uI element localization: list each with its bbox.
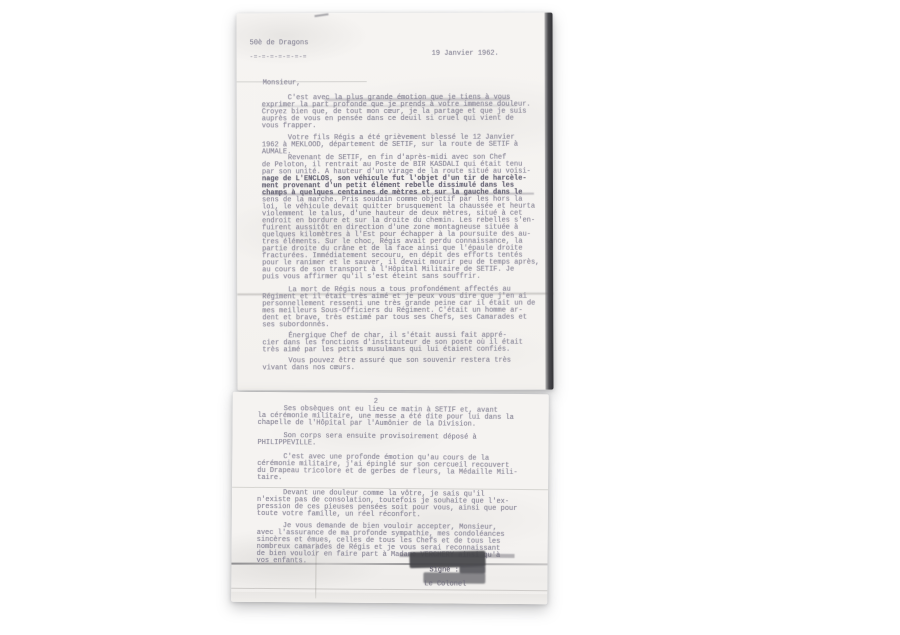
paper-stain (231, 592, 547, 604)
fold-crease (315, 542, 316, 598)
scan-edge-shadow (545, 13, 554, 390)
sender-unit-line: 50è de Dragons (250, 40, 309, 47)
signature-title: Le Colonel (424, 581, 466, 588)
ink-smudge (325, 98, 510, 101)
paragraph-medal: C'est avec une profonde émotion qu'au co… (257, 454, 543, 484)
paragraph-closing: Je vous demande de bien vouloir accepter… (256, 523, 542, 567)
paragraph-ambush-account-1: Revenant de SETIF, en fin d'après-midi a… (262, 155, 548, 177)
paragraph-body-deposit: Son corps sera ensuite provisoirement dé… (257, 433, 543, 449)
letter-page-2: 2 Ses obsèques ont eu lieu ce matin à SE… (231, 392, 549, 604)
scanned-letter-viewer: 50è de Dragons -=-=-=-=-=-=-= 19 Janvier… (0, 0, 900, 635)
fold-crease (231, 588, 547, 592)
fold-crease (237, 81, 367, 82)
paragraph-ambush-account-3: sens de la marche. Pris soudain comme ob… (262, 197, 548, 282)
paragraph-comfort: Devant une douleur comme la vôtre, je sa… (257, 490, 543, 520)
signed-label: Signé : (429, 567, 458, 574)
paragraph-funeral: Ses obsèques ont eu lieu ce matin à SETI… (258, 406, 544, 429)
pen-mark (314, 13, 328, 17)
paragraph-teacher-tribute: Énergique Chef de char, il s'était aussi… (262, 333, 548, 355)
unit-underline: -=-=-=-=-=-=-= (250, 53, 307, 60)
paragraph-regiment-tribute: La mort de Régis nous a tous profondémen… (262, 287, 548, 330)
page-number: 2 (374, 399, 378, 406)
paragraph-memory: Vous pouvez être assuré que son souvenir… (262, 358, 548, 373)
salutation: Monsieur, (263, 80, 301, 87)
letter-date: 19 Janvier 1962. (432, 51, 499, 58)
letter-page-1: 50è de Dragons -=-=-=-=-=-=-= 19 Janvier… (237, 13, 554, 391)
